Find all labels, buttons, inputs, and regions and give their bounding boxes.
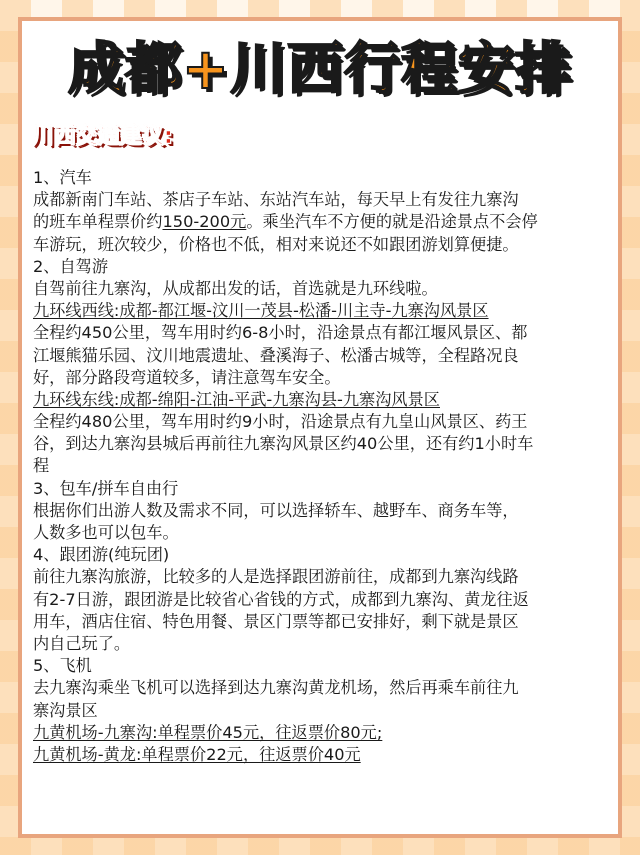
airport-fare-jiuzhaigou: 九黄机场-九寨沟:单程票价45元，往返票价80元; — [33, 722, 613, 744]
section-heading: 3、包车/拼车自由行 — [33, 478, 613, 500]
route-west-line: 九环线西线:成都-都江堰-汶川一茂县-松潘-川主寺-九寨沟风景区 — [33, 300, 613, 322]
body-text: 的班车单程票价约 — [33, 212, 163, 231]
body-line: 用车，酒店住宿、特色用餐、景区门票等都已安排好，剩下就是景区 — [33, 611, 613, 633]
body-line: 的班车单程票价约150-200元。乘坐汽车不方便的就是沿途景点不会停 — [33, 211, 613, 233]
body-line: 车游玩，班次较少，价格也不低，相对来说还不如跟团游划算便捷。 — [33, 234, 613, 256]
section-flight: 5、飞机 去九寨沟乘坐飞机可以选择到达九寨沟黄龙机场，然后再乘车前往九 寨沟景区… — [33, 655, 613, 766]
section-heading: 5、飞机 — [33, 655, 613, 677]
body-line: 成都新南门车站、茶店子车站、东站汽车站，每天早上有发往九寨沟 — [33, 189, 613, 211]
body-line: 好，部分路段弯道较多，请注意驾车安全。 — [33, 367, 613, 389]
body-line: 前往九寨沟旅游，比较多的人是选择跟团游前往，成都到九寨沟线路 — [33, 566, 613, 588]
body-line: 全程约450公里，驾车用时约6-8小时，沿途景点有都江堰风景区、都 — [33, 322, 613, 344]
section-bus: 1、汽车 成都新南门车站、茶店子车站、东站汽车站，每天早上有发往九寨沟 的班车单… — [33, 167, 613, 256]
transport-content: 1、汽车 成都新南门车站、茶店子车站、东站汽车站，每天早上有发往九寨沟 的班车单… — [33, 167, 613, 766]
section-group-tour: 4、跟团游(纯玩团) 前往九寨沟旅游，比较多的人是选择跟团游前往，成都到九寨沟线… — [33, 544, 613, 655]
body-line: 内自己玩了。 — [33, 633, 613, 655]
page-title: 成都+川西行程安排 — [22, 35, 618, 105]
body-line: 人数多也可以包车。 — [33, 522, 613, 544]
route-east-line: 九环线东线:成都-绵阳-江油-平武-九寨沟县-九寨沟风景区 — [33, 389, 613, 411]
body-line: 寨沟景区 — [33, 700, 613, 722]
airport-fare-huanglong: 九黄机场-黄龙:单程票价22元，往返票价40元 — [33, 744, 613, 766]
section-subtitle: 川西交通建议: — [32, 122, 173, 152]
section-heading: 4、跟团游(纯玩团) — [33, 544, 613, 566]
body-line: 自驾前往九寨沟，从成都出发的话，首选就是九环线啦。 — [33, 278, 613, 300]
section-self-drive: 2、自驾游 自驾前往九寨沟，从成都出发的话，首选就是九环线啦。 九环线西线:成都… — [33, 256, 613, 478]
body-line: 有2-7日游，跟团游是比较省心省钱的方式，成都到九寨沟、黄龙往返 — [33, 589, 613, 611]
body-line: 根据你们出游人数及需求不同，可以选择轿车、越野车、商务车等， — [33, 500, 613, 522]
price-highlight: 150-200元 — [163, 212, 247, 231]
body-line: 去九寨沟乘坐飞机可以选择到达九寨沟黄龙机场，然后再乘车前往九 — [33, 677, 613, 699]
section-charter: 3、包车/拼车自由行 根据你们出游人数及需求不同，可以选择轿车、越野车、商务车等… — [33, 478, 613, 545]
body-line: 谷，到达九寨沟县城后再前往九寨沟风景区约40公里，还有约1小时车 — [33, 433, 613, 455]
body-line: 程 — [33, 455, 613, 477]
body-text: 。乘坐汽车不方便的就是沿途景点不会停 — [246, 212, 537, 231]
section-heading: 2、自驾游 — [33, 256, 613, 278]
content-card: 成都+川西行程安排 川西交通建议: 1、汽车 成都新南门车站、茶店子车站、东站汽… — [18, 17, 622, 838]
body-line: 江堰熊猫乐园、汶川地震遗址、叠溪海子、松潘古城等，全程路况良 — [33, 345, 613, 367]
section-heading: 1、汽车 — [33, 167, 613, 189]
body-line: 全程约480公里，驾车用时约9小时，沿途景点有九皇山风景区、药王 — [33, 411, 613, 433]
